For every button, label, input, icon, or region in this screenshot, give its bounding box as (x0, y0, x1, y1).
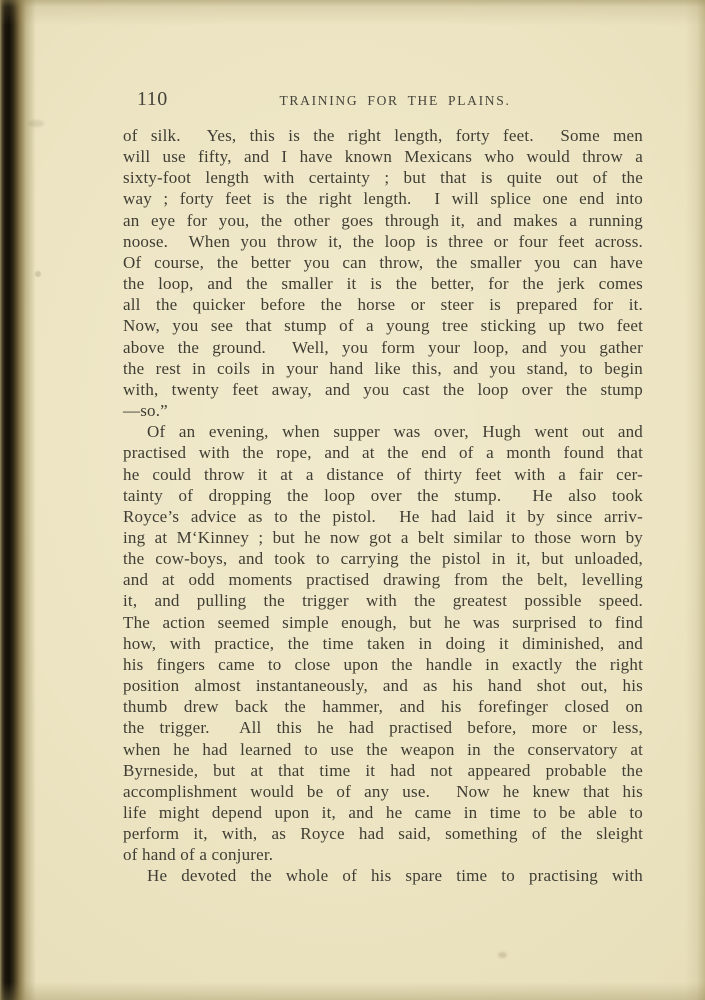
paragraph: of silk. Yes, this is the right length, … (123, 125, 643, 421)
text-line: above the ground. Well, you form your lo… (123, 337, 643, 358)
text-line: Byrneside, but at that time it had not a… (123, 760, 643, 781)
text-line: his fingers came to close upon the handl… (123, 654, 643, 675)
text-line: Of course, the better you can throw, the… (123, 252, 643, 273)
text-line: and at odd moments practised drawing fro… (123, 569, 643, 590)
text-line: thumb drew back the hammer, and his fore… (123, 696, 643, 717)
paragraph: He devoted the whole of his spare time t… (123, 865, 643, 886)
text-line: the rest in coils in your hand like this… (123, 358, 643, 379)
text-line: perform it, with, as Royce had said, som… (123, 823, 643, 844)
top-edge-shadow (0, 0, 705, 26)
paper-blemish (498, 952, 507, 958)
page-number: 110 (137, 88, 168, 111)
text-line: with, twenty feet away, and you cast the… (123, 379, 643, 400)
text-line: Of an evening, when supper was over, Hug… (123, 421, 643, 442)
book-page: 110 TRAINING FOR THE PLAINS. of silk. Ye… (0, 0, 705, 1000)
text-line: life might depend upon it, and he came i… (123, 802, 643, 823)
text-line: position almost instantaneously, and as … (123, 675, 643, 696)
text-line: tainty of dropping the loop over the stu… (123, 485, 643, 506)
text-line: sixty-foot length with certainty ; but t… (123, 167, 643, 188)
text-line: the trigger. All this he had practised b… (123, 717, 643, 738)
paragraph: Of an evening, when supper was over, Hug… (123, 421, 643, 865)
text-line: accomplishment would be of any use. Now … (123, 781, 643, 802)
text-line: —so.” (123, 400, 643, 421)
text-line: of silk. Yes, this is the right length, … (123, 125, 643, 146)
text-line: of hand of a conjurer. (123, 844, 643, 865)
text-line: way ; forty feet is the right length. I … (123, 188, 643, 209)
text-line: when he had learned to use the weapon in… (123, 739, 643, 760)
text-line: practised with the rope, and at the end … (123, 442, 643, 463)
text-line: the loop, and the smaller it is the bett… (123, 273, 643, 294)
running-title: TRAINING FOR THE PLAINS. (279, 93, 510, 109)
text-line: how, with practice, the time taken in do… (123, 633, 643, 654)
text-line: all the quicker before the horse or stee… (123, 294, 643, 315)
text-line: an eye for you, the other goes through i… (123, 210, 643, 231)
binding-edge (0, 0, 36, 1000)
text-line: Now, you see that stump of a young tree … (123, 315, 643, 336)
text-line: will use fifty, and I have known Mexican… (123, 146, 643, 167)
text-line: Royce’s advice as to the pistol. He had … (123, 506, 643, 527)
text-line: noose. When you throw it, the loop is th… (123, 231, 643, 252)
text-line: he could throw it at a distance of thirt… (123, 464, 643, 485)
text-line: ing at M‘Kinney ; but he now got a belt … (123, 527, 643, 548)
text-block: of silk. Yes, this is the right length, … (123, 125, 643, 887)
text-line: it, and pulling the trigger with the gre… (123, 590, 643, 611)
text-line: The action seemed simple enough, but he … (123, 612, 643, 633)
text-line: the cow-boys, and took to carrying the p… (123, 548, 643, 569)
right-edge-shadow (685, 0, 705, 1000)
bottom-edge-shadow (0, 982, 705, 1000)
text-line: He devoted the whole of his spare time t… (123, 865, 643, 886)
running-head: 110 TRAINING FOR THE PLAINS. (123, 88, 643, 110)
